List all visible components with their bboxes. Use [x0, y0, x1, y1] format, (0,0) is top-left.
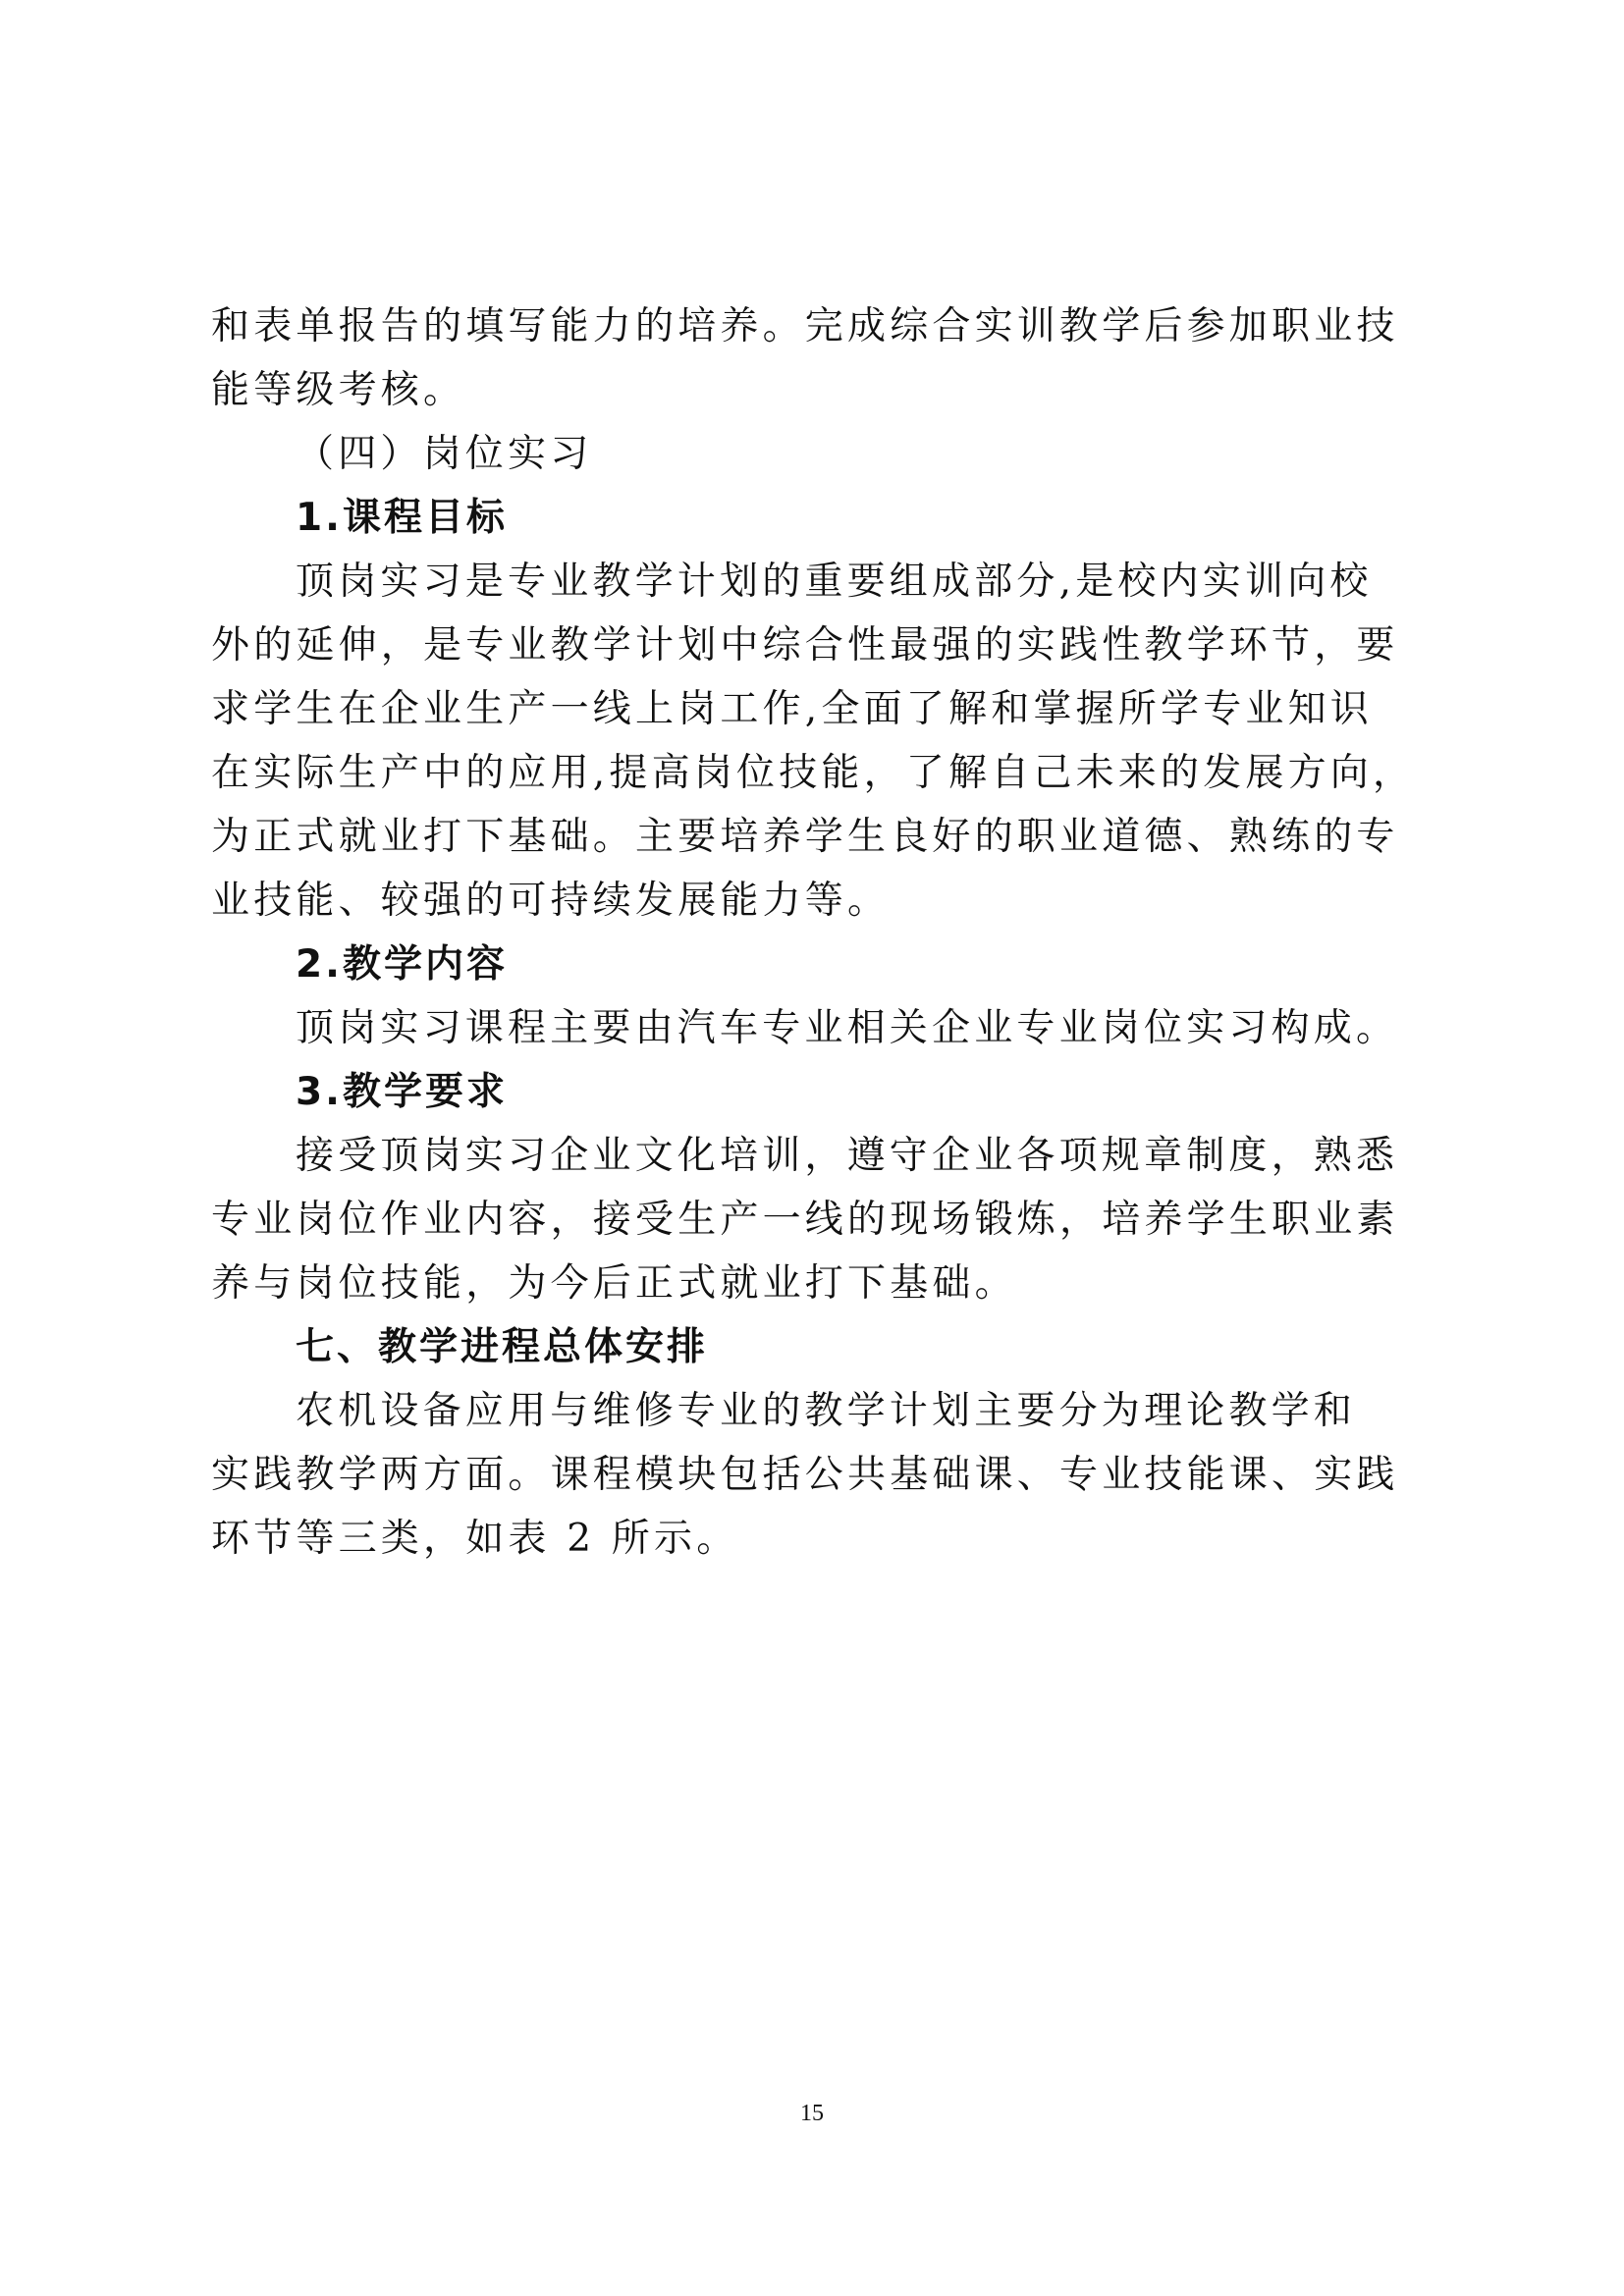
text-line: 在实际生产中的应用,提高岗位技能，了解自己未来的发展方向， — [211, 741, 1429, 805]
subsection-heading-teaching-content: 2.教学内容 — [211, 933, 1429, 996]
text-line: 顶岗实习课程主要由汽车专业相关企业专业岗位实习构成。 — [211, 996, 1429, 1060]
text-line: 求学生在企业生产一线上岗工作,全面了解和掌握所学专业知识 — [211, 677, 1429, 741]
text-line: 养与岗位技能，为今后正式就业打下基础。 — [211, 1252, 1429, 1315]
text-line: 接受顶岗实习企业文化培训，遵守企业各项规章制度，熟悉 — [211, 1124, 1429, 1188]
text-line: 和表单报告的填写能力的培养。完成综合实训教学后参加职业技 — [211, 294, 1429, 358]
teaching-content-paragraph: 顶岗实习课程主要由汽车专业相关企业专业岗位实习构成。 — [211, 996, 1429, 1060]
course-goals-paragraph: 顶岗实习是专业教学计划的重要组成部分,是校内实训向校 外的延伸，是专业教学计划中… — [211, 550, 1429, 933]
text-line: 环节等三类，如表 2 所示。 — [211, 1507, 1429, 1571]
continuation-paragraph: 和表单报告的填写能力的培养。完成综合实训教学后参加职业技 能等级考核。 — [211, 294, 1429, 422]
subsection-heading-course-goals: 1.课程目标 — [211, 486, 1429, 550]
teaching-requirements-paragraph: 接受顶岗实习企业文化培训，遵守企业各项规章制度，熟悉 专业岗位作业内容，接受生产… — [211, 1124, 1429, 1315]
text-line: 能等级考核。 — [211, 358, 1429, 422]
text-line: 顶岗实习是专业教学计划的重要组成部分,是校内实训向校 — [211, 550, 1429, 614]
teaching-schedule-paragraph: 农机设备应用与维修专业的教学计划主要分为理论教学和 实践教学两方面。课程模块包括… — [211, 1379, 1429, 1571]
document-page: 和表单报告的填写能力的培养。完成综合实训教学后参加职业技 能等级考核。 （四）岗… — [211, 294, 1429, 1571]
subsection-heading-teaching-requirements: 3.教学要求 — [211, 1060, 1429, 1124]
text-line: 为正式就业打下基础。主要培养学生良好的职业道德、熟练的专 — [211, 805, 1429, 869]
text-line: 外的延伸，是专业教学计划中综合性最强的实践性教学环节，要 — [211, 614, 1429, 677]
text-line: 农机设备应用与维修专业的教学计划主要分为理论教学和 — [211, 1379, 1429, 1443]
text-line: 业技能、较强的可持续发展能力等。 — [211, 869, 1429, 933]
text-line: 专业岗位作业内容，接受生产一线的现场锻炼，培养学生职业素 — [211, 1188, 1429, 1252]
page-number: 15 — [0, 2101, 1624, 2127]
text-line: 实践教学两方面。课程模块包括公共基础课、专业技能课、实践 — [211, 1443, 1429, 1507]
section-title-internship: （四）岗位实习 — [211, 422, 1429, 486]
section-heading-teaching-schedule: 七、教学进程总体安排 — [211, 1315, 1429, 1379]
